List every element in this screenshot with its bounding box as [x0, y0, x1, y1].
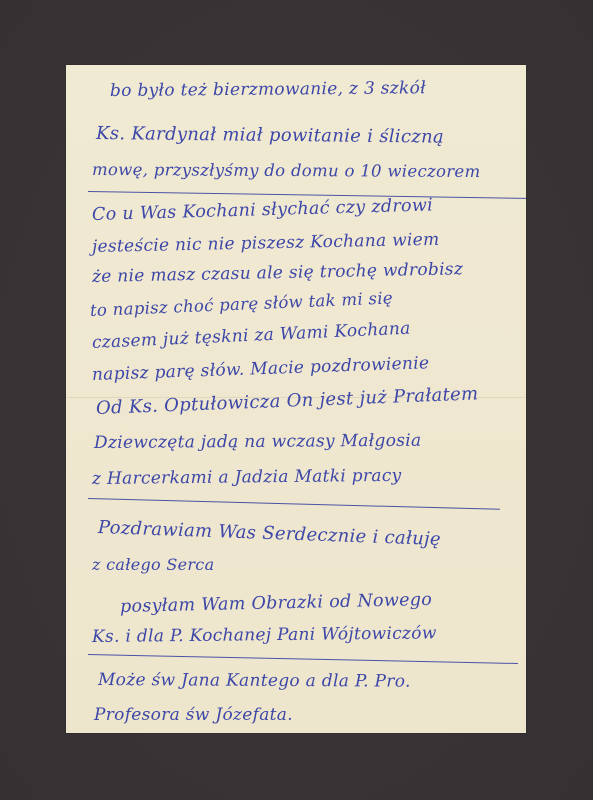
divider-line: [88, 191, 526, 199]
letter-line: to napisz choć parę słów tak mi się: [90, 288, 394, 320]
letter-line: Od Ks. Optułowicza On jest już Prałatem: [96, 383, 479, 419]
letter-line: z całego Serca: [92, 555, 214, 574]
letter-line: czasem już tęskni za Wami Kochana: [92, 319, 411, 353]
letter-line: Profesora św Józefata.: [94, 705, 293, 725]
letter-line: napisz parę słów. Macie pozdrowienie: [92, 353, 430, 385]
letter-line: Ks. i dla P. Kochanej Pani Wójtowiczów: [92, 623, 437, 647]
letter-line: że nie masz czasu ale się trochę wdrobis…: [92, 259, 464, 287]
letter-line: z Harcerkami a Jadzia Matki pracy: [92, 466, 402, 489]
letter-line: mowę, przyszłyśmy do domu o 10 wieczorem: [92, 160, 481, 181]
letter-line: jesteście nic nie piszesz Kochana wiem: [92, 230, 440, 257]
letter-line: Pozdrawiam Was Serdecznie i całuję: [98, 517, 442, 550]
letter-page: bo było też bierzmowanie, z 3 szkół Ks. …: [66, 65, 526, 733]
letter-line: Co u Was Kochani słychać czy zdrowi: [92, 195, 434, 225]
divider-line: [88, 498, 500, 510]
letter-line: Dziewczęta jadą na wczasy Małgosia: [94, 431, 422, 453]
letter-line: bo było też bierzmowanie, z 3 szkół: [110, 78, 426, 101]
letter-line: posyłam Wam Obrazki od Nowego: [120, 590, 433, 617]
divider-line: [88, 654, 518, 664]
letter-line: Ks. Kardynał miał powitanie i śliczną: [96, 123, 444, 148]
letter-line: Może św Jana Kantego a dla P. Pro.: [98, 670, 411, 692]
